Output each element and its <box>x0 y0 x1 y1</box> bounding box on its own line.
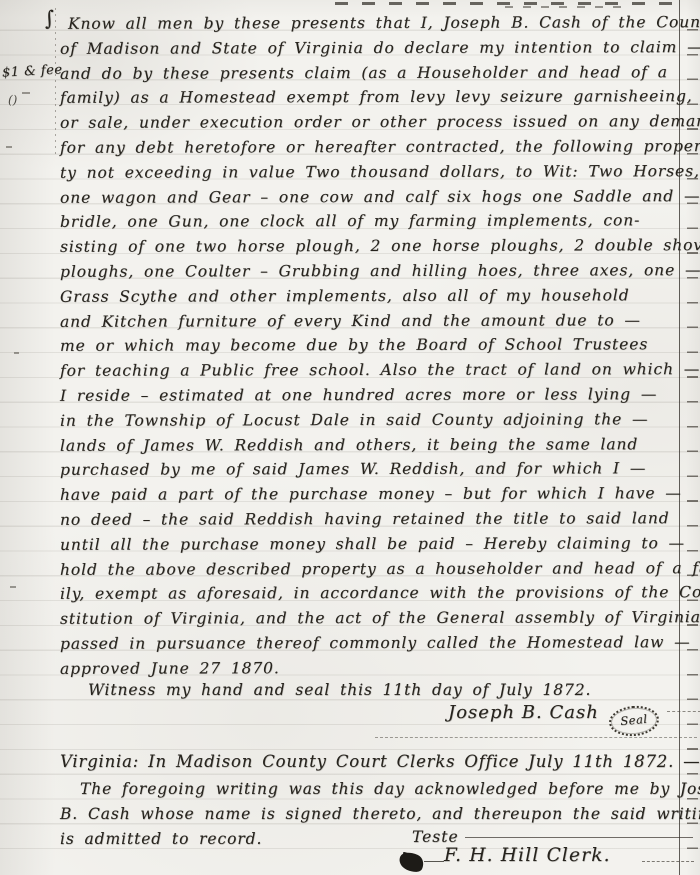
teste-rule-line <box>465 837 693 838</box>
scan-speck <box>22 92 30 94</box>
clerk-entry-line: is admitted to record. <box>60 830 262 848</box>
manuscript-line: no deed – the said Reddish having retain… <box>60 506 682 532</box>
clerk-entry-line: B. Cash whose name is signed thereto, an… <box>60 805 700 823</box>
manuscript-line: approved June 27 1870. <box>60 655 682 681</box>
manuscript-line: until all the purchase money shall be pa… <box>60 531 682 557</box>
top-edge-scan-marks-2 <box>505 6 625 8</box>
manuscript-line: or sale, under execution order or other … <box>60 109 682 135</box>
manuscript-line: stitution of Virginia, and the act of th… <box>60 605 682 631</box>
manuscript-line: of Madison and State of Virginia do decl… <box>60 35 682 61</box>
scan-speck <box>6 146 12 148</box>
manuscript-line: bridle, one Gun, one clock all of my far… <box>60 209 682 235</box>
manuscript-line: and do by these presents claim (as a Hou… <box>60 60 682 86</box>
manuscript-line: Grass Scythe and other implements, also … <box>60 283 682 309</box>
witness-line: Witness my hand and seal this 11th day o… <box>88 681 591 699</box>
clerk-entry-line: The foregoing writing was this day ackno… <box>80 780 700 798</box>
manuscript-line: I reside – estimated at one hundred acre… <box>60 382 682 408</box>
teste-label: Teste <box>412 828 459 846</box>
manuscript-line: ily, exempt as aforesaid, in accordance … <box>60 581 682 607</box>
manuscript-line: ploughs, one Coulter – Grubbing and hill… <box>60 258 682 284</box>
manuscript-line: for any debt heretofore or hereafter con… <box>60 134 682 160</box>
seal-stamp: Seal <box>608 704 660 738</box>
manuscript-line: sisting of one two horse plough, 2 one h… <box>60 233 682 259</box>
manuscript-line: purchased by me of said James W. Reddish… <box>60 457 682 483</box>
margin-tick-mark: () <box>8 93 17 107</box>
deed-body-text: Know all men by these presents that I, J… <box>60 11 682 681</box>
manuscript-line: passed in pursuance thereof commonly cal… <box>60 630 682 656</box>
ink-blot <box>396 849 426 875</box>
manuscript-line: in the Township of Locust Dale in said C… <box>60 407 682 433</box>
scan-speck <box>14 352 19 354</box>
paragraph-mark: ∫ <box>43 6 56 31</box>
manuscript-line: for teaching a Public free school. Also … <box>60 357 682 383</box>
clerk-signature-trailing-dash <box>642 861 694 862</box>
clerk-signature-leading-dash <box>424 861 444 862</box>
clerk-signature: F. H. Hill Clerk. <box>444 845 611 866</box>
manuscript-line: lands of James W. Reddish and others, it… <box>60 432 682 458</box>
manuscript-line: Know all men by these presents that I, J… <box>60 10 682 36</box>
manuscript-line: ty not exceeding in value Two thousand d… <box>60 159 682 185</box>
left-margin-guide <box>55 8 56 158</box>
manuscript-page: ∫ $1 & fee () Know all men by these pres… <box>0 0 700 875</box>
margin-fee-note: $1 & fee <box>2 62 63 80</box>
manuscript-line: hold the above described property as a h… <box>60 556 682 582</box>
manuscript-line: and Kitchen furniture of every Kind and … <box>60 308 682 334</box>
signature-trailing-dashes <box>667 711 700 712</box>
clerk-entry-heading: Virginia: In Madison County Court Clerks… <box>60 752 700 771</box>
blank-line-ruling-dash <box>375 737 697 738</box>
manuscript-line: have paid a part of the purchase money –… <box>60 481 682 507</box>
teste-row: Teste <box>412 828 693 846</box>
signer-signature: Joseph B. Cash <box>448 702 599 723</box>
signer-signature-row: Joseph B. CashSeal <box>448 702 700 736</box>
manuscript-line: family) as a Homestead exempt from levy … <box>60 85 682 111</box>
top-edge-scan-marks <box>335 2 680 5</box>
manuscript-line: one wagon and Gear – one cow and calf si… <box>60 184 682 210</box>
scan-speck <box>10 586 16 588</box>
seal-label: Seal <box>620 712 648 728</box>
manuscript-line: me or which may become due by the Board … <box>60 333 682 359</box>
